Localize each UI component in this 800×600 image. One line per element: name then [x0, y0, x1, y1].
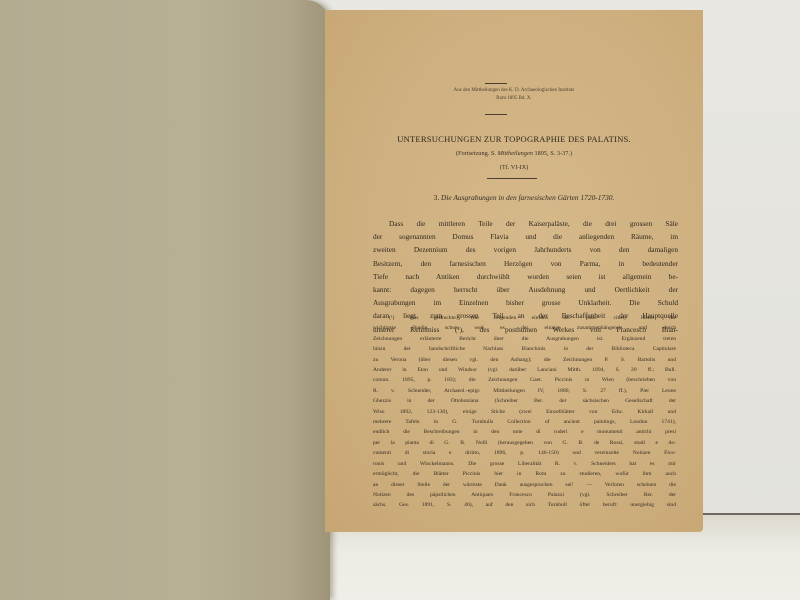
- body-line: zweiten Dezennium des vorigen Jahrhunder…: [373, 243, 678, 256]
- subtitle-journal: Mittheilungen: [498, 150, 533, 157]
- footnote-line: ronis und Winckelmanns. Die grosse Liber…: [373, 459, 676, 469]
- top-rule: [485, 83, 507, 84]
- subtitle-suffix: 1895, S. 3-37.): [533, 150, 572, 157]
- body-line: Dass die mittleren Teile der Kaiserpaläs…: [373, 217, 678, 230]
- footnote-line: (¹) Das gedruckte (im folgenden einfach …: [373, 313, 676, 323]
- footnote-line: Notizen des päpstlichen Antiquars France…: [373, 490, 676, 500]
- footnote-line: Anderer in Eton und Windsor (vgl. darübe…: [373, 365, 676, 375]
- footnote-line: wichtigste Quelle, schon weil es der ein…: [373, 323, 676, 333]
- footnote-line: comun. 1895, p. 183); die Zeichnungen Ga…: [373, 375, 676, 385]
- footnote-line: an dieser Stelle der wärmste Dank ausges…: [373, 480, 676, 490]
- source-note-line-2: Rom 1895 Bd. X.: [325, 95, 703, 103]
- subtitle-prefix: (Fortsetzung. S.: [456, 150, 498, 157]
- footnote-line: Ghezzis in der Ottoboniana (Schreiber Be…: [373, 396, 676, 406]
- footnote-line: mehrere Tafeln in G. Turnbulls Collectio…: [373, 417, 676, 427]
- body-line: der sogenannten Domus Flavia und die anl…: [373, 230, 678, 243]
- body-line: Ausgrabungen im Einzelnen bisher grosse …: [373, 296, 678, 309]
- section-number: 3.: [434, 193, 441, 202]
- section-heading: 3. Die Ausgrabungen in den farnesischen …: [369, 193, 679, 202]
- body-line: kannt: dagegen herrscht über Ausdehnung …: [373, 283, 678, 296]
- source-note: Aus den Mittheilungen des K. D. Archaeol…: [325, 87, 703, 103]
- footnote-line: per la pianta di G. B. Nolli (herausgege…: [373, 438, 676, 448]
- page-title: UNTERSUCHUNGEN ZUR TOPOGRAPHIE DES PALAT…: [325, 134, 703, 144]
- footnote-line: endlich die Beschreibungen in den note d…: [373, 427, 676, 437]
- book-cover-left: [0, 0, 330, 600]
- body-line: Besitzern, den farnesischen Herzögen von…: [373, 257, 678, 270]
- footnote-line: sächs. Ges. 1891, S. 46), auf den sich T…: [373, 500, 676, 510]
- title-rule: [487, 178, 537, 179]
- footnote: (¹) Das gedruckte (im folgenden einfach …: [373, 313, 676, 511]
- document-page: Aus den Mittheilungen des K. D. Archaeol…: [325, 10, 703, 532]
- footnote-line: Zeichnungen erläuterte Bericht über die …: [373, 334, 676, 344]
- section-title: Die Ausgrabungen in den farnesischen Gär…: [441, 193, 614, 202]
- body-line: Tiefe nach Antiken durchwühlt worden sei…: [373, 270, 678, 283]
- source-note-line-1: Aus den Mittheilungen des K. D. Archaeol…: [325, 87, 703, 95]
- footnote-line: hinzu der handschriftliche Nachlass Bian…: [373, 344, 676, 354]
- footnote-line: R. v. Schneider, Archaeol.-epigr. Mitthe…: [373, 386, 676, 396]
- footnote-line: zu Verona (über diesen vgl. den Anhang);…: [373, 355, 676, 365]
- plates-reference: (Tf. VI-IX): [325, 164, 703, 171]
- footnote-line: cumenti di storia e diritto, 1896, p. 14…: [373, 448, 676, 458]
- bottom-rule: [485, 114, 507, 115]
- footnote-line: ermöglicht, die Blätter Piccinis hier in…: [373, 469, 676, 479]
- footnote-line: Wiss. 1892, 123-130), einige Stiche (zwe…: [373, 407, 676, 417]
- subtitle: (Fortsetzung. S. Mittheilungen 1895, S. …: [325, 150, 703, 157]
